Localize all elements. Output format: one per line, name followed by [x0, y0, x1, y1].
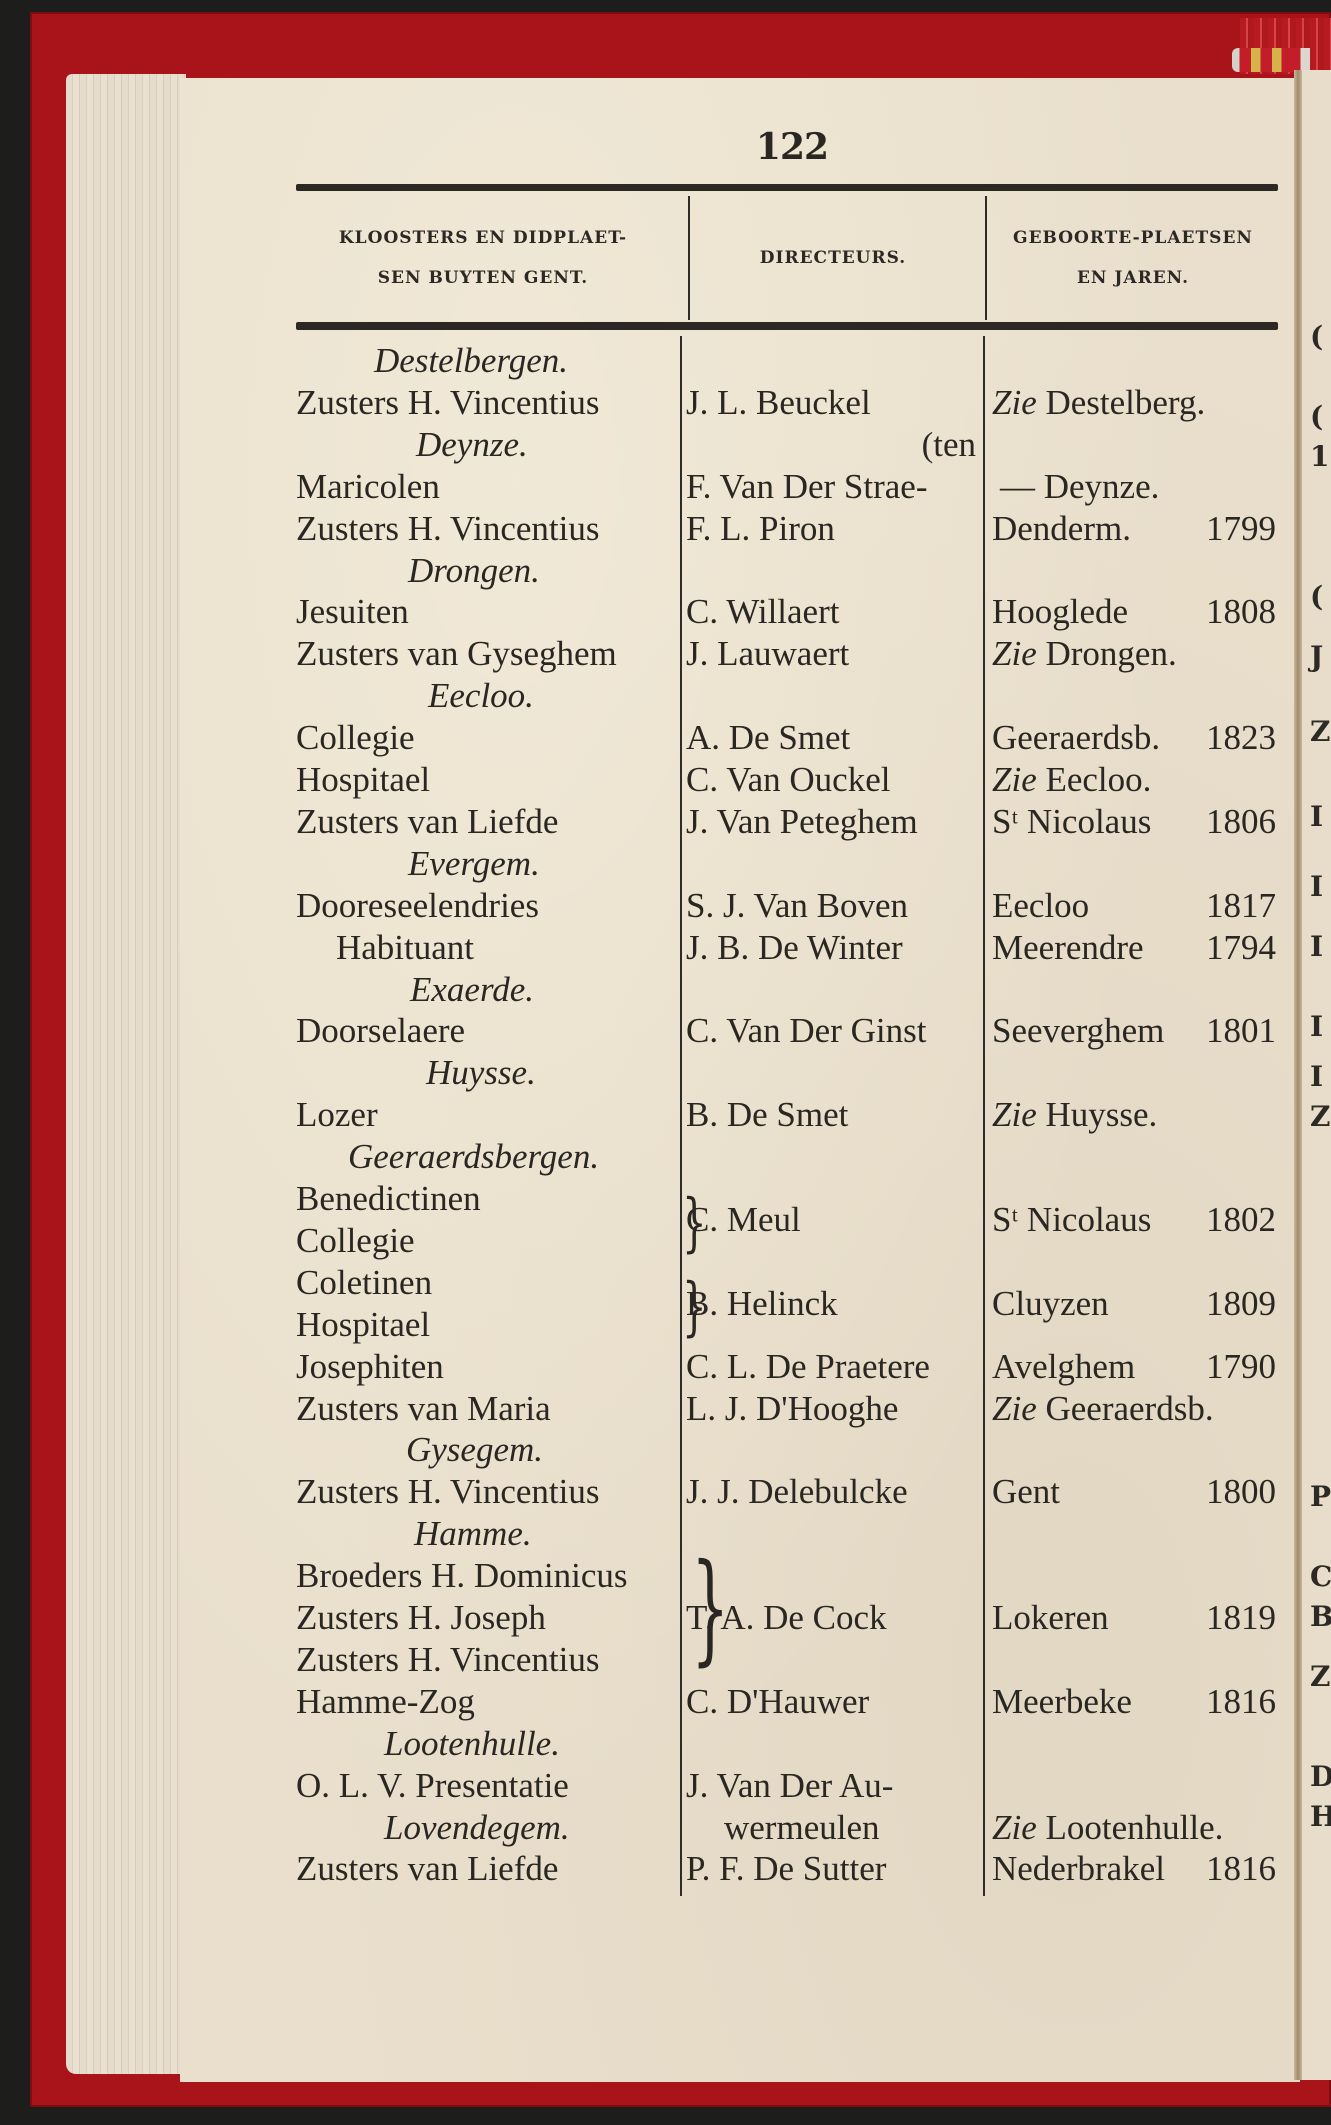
see-reference: Zie — [992, 1389, 1045, 1428]
header-col-directors: DIRECTEURS. — [688, 238, 978, 278]
birthplace: Sᵗ Nicolaus1806 — [992, 801, 1276, 843]
table-row: Zusters van GyseghemJ. LauwaertZie Drong… — [296, 633, 1276, 675]
director-name: T. A. De Cock — [686, 1597, 976, 1639]
facing-page-glyph: D — [1310, 1760, 1331, 1793]
director-name: F. L. Piron — [686, 508, 976, 550]
establishment-name: Broeders H. Dominicus — [296, 1555, 676, 1597]
see-reference: Zie — [992, 634, 1045, 673]
table-row: Hamme-ZogC. D'HauwerMeerbeke1816 — [296, 1681, 1276, 1723]
town-heading-row: Hamme. — [296, 1513, 1276, 1555]
facing-page-glyph: ( — [1310, 580, 1323, 613]
table-row: DoorselaereC. Van Der GinstSeeverghem180… — [296, 1010, 1276, 1052]
facing-page-glyph: J — [1310, 640, 1323, 673]
director-name: C. D'Hauwer — [686, 1681, 976, 1723]
town-name: Evergem. — [296, 843, 676, 885]
birth-year: 1819 — [1206, 1597, 1276, 1639]
header-divider-2 — [985, 196, 987, 320]
see-reference: Zie — [992, 383, 1045, 422]
facing-page-edge: ((1(JZIIIIIZPCBZDH — [1302, 70, 1331, 2080]
establishment-name: Habituant — [296, 927, 676, 969]
page-number: 122 — [752, 126, 832, 168]
establishment-name: Zusters H. Vincentius — [296, 508, 676, 550]
facing-page-glyph: Z — [1310, 1100, 1330, 1133]
table-row: Zusters H. JosephT. A. De CockLokeren181… — [296, 1597, 1276, 1639]
table-row: Zusters H. VincentiusJ. L. BeuckelZie De… — [296, 382, 1276, 424]
facing-page-glyph: Z — [1310, 1660, 1330, 1693]
table-row: O. L. V. PresentatieJ. Van Der Au- — [296, 1765, 1276, 1807]
town-name: Drongen. — [296, 550, 676, 592]
header-divider-1 — [688, 196, 690, 320]
birthplace: Meerendre1794 — [992, 927, 1276, 969]
director-name: B. Helinck — [686, 1283, 976, 1325]
director-name: J. Van Peteghem — [686, 801, 976, 843]
birth-year: 1817 — [1206, 885, 1276, 927]
birthplace: Zie Huysse. — [992, 1094, 1276, 1136]
establishment-name: Hamme-Zog — [296, 1681, 676, 1723]
header-bottom-rule — [296, 322, 1278, 330]
grouped-row: C. MeulSᵗ Nicolaus1802 — [296, 1199, 1276, 1241]
director-name: J. J. Delebulcke — [686, 1471, 976, 1513]
director-name: J. B. De Winter — [686, 927, 976, 969]
town-name: Geeraerdsbergen. — [296, 1136, 676, 1178]
director-name: L. J. D'Hooghe — [686, 1388, 976, 1430]
birth-year: 1809 — [1206, 1283, 1276, 1325]
director-name: C. Willaert — [686, 591, 976, 633]
town-name: Hamme. — [296, 1513, 676, 1555]
director-name: A. De Smet — [686, 717, 976, 759]
establishment-name: Josephiten — [296, 1346, 676, 1388]
town-name: Huysse. — [296, 1052, 676, 1094]
see-reference: Zie — [992, 1808, 1045, 1847]
facing-page-glyph: ( — [1310, 320, 1323, 353]
birthplace: Gent1800 — [992, 1471, 1276, 1513]
birthplace: Nederbrakel1816 — [992, 1848, 1276, 1890]
establishment-name: Jesuiten — [296, 591, 676, 633]
birthplace: Zie Eecloo. — [992, 759, 1276, 801]
establishment-name: Zusters van Maria — [296, 1388, 676, 1430]
birthplace: Zie Geeraerdsb. — [992, 1388, 1276, 1430]
table-row: Zusters van MariaL. J. D'HoogheZie Geera… — [296, 1388, 1276, 1430]
director-name: wermeulen — [686, 1807, 976, 1849]
town-name: Destelbergen. — [296, 340, 676, 382]
table-row: DooreseelendriesS. J. Van BovenEecloo181… — [296, 885, 1276, 927]
director-name: S. J. Van Boven — [686, 885, 976, 927]
header-col-birthplaces: GEBOORTE-PLAETSEN EN JAREN. — [988, 218, 1278, 298]
facing-page-glyph: I — [1310, 870, 1323, 903]
town-heading-row: Huysse. — [296, 1052, 1276, 1094]
establishment-name: Zusters H. Joseph — [296, 1597, 676, 1639]
town-name: Eecloo. — [296, 675, 676, 717]
birthplace: Meerbeke1816 — [992, 1681, 1276, 1723]
town-name: Lootenhulle. — [296, 1723, 676, 1765]
director-name: J. Lauwaert — [686, 633, 976, 675]
birth-year: 1823 — [1206, 717, 1276, 759]
table-row: Zusters H. Vincentius — [296, 1639, 1276, 1681]
town-heading-row: Evergem. — [296, 843, 1276, 885]
establishment-name: Zusters van Liefde — [296, 1848, 676, 1890]
birth-year: 1794 — [1206, 927, 1276, 969]
birth-year: 1816 — [1206, 1681, 1276, 1723]
town-name: Lovendegem. — [296, 1807, 676, 1849]
header-top-rule — [296, 184, 1278, 191]
table-row: HospitaelC. Van OuckelZie Eecloo. — [296, 759, 1276, 801]
page-stack — [66, 74, 186, 2074]
establishment-name: Zusters H. Vincentius — [296, 1639, 676, 1681]
book-scan: ((1(JZIIIIIZPCBZDH 122 KLOOSTERS EN DIDP… — [0, 0, 1331, 2125]
facing-page-glyph: H — [1310, 1800, 1331, 1833]
see-reference: Zie — [992, 760, 1045, 799]
town-heading-row: Deynze.(ten — [296, 424, 1276, 466]
director-continuation: (ten — [686, 424, 976, 466]
birth-year: 1801 — [1206, 1010, 1276, 1052]
director-name: C. Meul — [686, 1199, 976, 1241]
facing-page-glyph: P — [1310, 1480, 1331, 1513]
director-name: P. F. De Sutter — [686, 1848, 976, 1890]
facing-page-glyph: 1 — [1310, 440, 1329, 473]
town-heading-row: Lootenhulle. — [296, 1723, 1276, 1765]
birthplace: Seeverghem1801 — [992, 1010, 1276, 1052]
birthplace: Hooglede1808 — [992, 591, 1276, 633]
facing-page-glyph: I — [1310, 800, 1323, 833]
facing-page-glyph: Z — [1310, 715, 1330, 748]
birthplace: Zie Lootenhulle. — [992, 1807, 1276, 1849]
town-heading-row: Gysegem. — [296, 1429, 1276, 1471]
director-name: C. Van Ouckel — [686, 759, 976, 801]
director-name: C. L. De Praetere — [686, 1346, 976, 1388]
director-name: B. De Smet — [686, 1094, 976, 1136]
table-row: Zusters van LiefdeP. F. De SutterNederbr… — [296, 1848, 1276, 1890]
table-row: MaricolenF. Van Der Strae-— Deynze. — [296, 466, 1276, 508]
birth-year: 1802 — [1206, 1199, 1276, 1241]
table-row: HabituantJ. B. De WinterMeerendre1794 — [296, 927, 1276, 969]
birthplace: Eecloo1817 — [992, 885, 1276, 927]
establishment-name: Maricolen — [296, 466, 676, 508]
establishment-name: Hospitael — [296, 759, 676, 801]
birthplace: Cluyzen1809 — [992, 1283, 1276, 1325]
director-name: F. Van Der Strae- — [686, 466, 976, 508]
facing-page-glyph: B — [1310, 1600, 1331, 1633]
table-row: JosephitenC. L. De PraetereAvelghem1790 — [296, 1346, 1276, 1388]
grouped-row: B. HelinckCluyzen1809 — [296, 1283, 1276, 1325]
birth-year: 1806 — [1206, 801, 1276, 843]
birthplace: — Deynze. — [992, 466, 1276, 508]
town-name: Deynze. — [296, 424, 676, 466]
gutter — [1294, 70, 1302, 2080]
birthplace: Zie Drongen. — [992, 633, 1276, 675]
town-name: Exaerde. — [296, 969, 676, 1011]
establishment-name: Doorselaere — [296, 1010, 676, 1052]
table-row: CollegieA. De SmetGeeraerdsb.1823 — [296, 717, 1276, 759]
table-row: LozerB. De SmetZie Huysse. — [296, 1094, 1276, 1136]
table-row: JesuitenC. WillaertHooglede1808 — [296, 591, 1276, 633]
see-reference: Zie — [992, 1095, 1045, 1134]
establishment-name: Collegie — [296, 717, 676, 759]
establishment-name: Lozer — [296, 1094, 676, 1136]
facing-page-glyph: I — [1310, 1010, 1323, 1043]
table-row: Zusters H. VincentiusF. L. PironDenderm.… — [296, 508, 1276, 550]
establishment-name: Zusters van Gyseghem — [296, 633, 676, 675]
table-row: Zusters van LiefdeJ. Van PeteghemSᵗ Nico… — [296, 801, 1276, 843]
birthplace: Denderm.1799 — [992, 508, 1276, 550]
birth-year: 1808 — [1206, 591, 1276, 633]
birthplace: Geeraerdsb.1823 — [992, 717, 1276, 759]
facing-page-glyph: ( — [1310, 400, 1323, 433]
town-heading-row: Geeraerdsbergen. — [296, 1136, 1276, 1178]
birth-year: 1800 — [1206, 1471, 1276, 1513]
facing-page-glyph: C — [1310, 1560, 1331, 1593]
birth-year: 1790 — [1206, 1346, 1276, 1388]
brace-glyph: } — [691, 1549, 729, 1669]
town-heading-row: Eecloo. — [296, 675, 1276, 717]
birthplace: Sᵗ Nicolaus1802 — [992, 1199, 1276, 1241]
birthplace: Avelghem1790 — [992, 1346, 1276, 1388]
facing-page-glyph: I — [1310, 1060, 1323, 1093]
establishment-name: Zusters H. Vincentius — [296, 382, 676, 424]
director-name: J. L. Beuckel — [686, 382, 976, 424]
table-row: Broeders H. Dominicus — [296, 1555, 1276, 1597]
birthplace: Lokeren1819 — [992, 1597, 1276, 1639]
town-heading-row: Lovendegem.wermeulenZie Lootenhulle. — [296, 1807, 1276, 1849]
birth-year: 1816 — [1206, 1848, 1276, 1890]
director-name: C. Van Der Ginst — [686, 1010, 976, 1052]
birthplace: Zie Destelberg. — [992, 382, 1276, 424]
birth-year: 1799 — [1206, 508, 1276, 550]
headband — [1232, 48, 1327, 72]
town-heading-row: Drongen. — [296, 550, 1276, 592]
header-col-establishments: KLOOSTERS EN DIDPLAET- SEN BUYTEN GENT. — [288, 218, 678, 298]
establishment-name: Zusters van Liefde — [296, 801, 676, 843]
establishment-name: Dooreseelendries — [296, 885, 676, 927]
town-heading-row: Exaerde. — [296, 969, 1276, 1011]
town-heading-row: Destelbergen. — [296, 340, 1276, 382]
facing-page-glyph: I — [1310, 930, 1323, 963]
town-name: Gysegem. — [296, 1429, 676, 1471]
director-name: J. Van Der Au- — [686, 1765, 976, 1807]
establishment-name: Zusters H. Vincentius — [296, 1471, 676, 1513]
table-row: Zusters H. VincentiusJ. J. DelebulckeGen… — [296, 1471, 1276, 1513]
establishment-name: O. L. V. Presentatie — [296, 1765, 676, 1807]
